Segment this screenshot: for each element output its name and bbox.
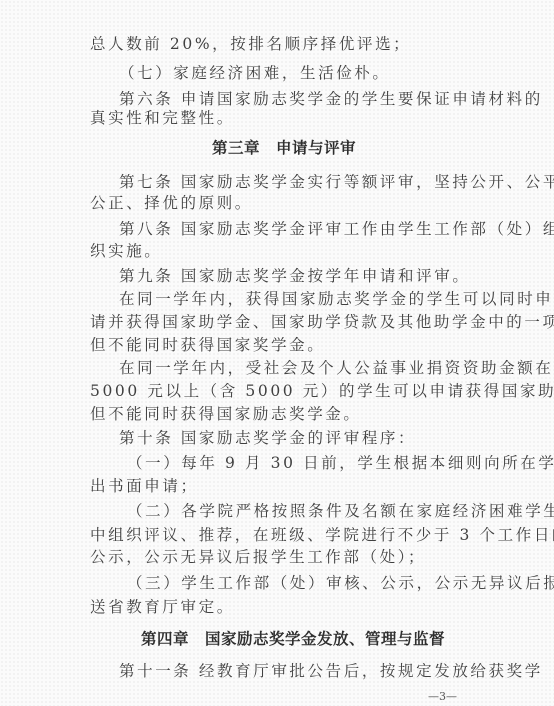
article-7-line: 第七条 国家励志奖学金实行等额评审，坚持公开、公平、 xyxy=(119,172,554,192)
text-line: 但不能同时获得国家励志奖学金。 xyxy=(90,404,362,424)
article-6-line: 第六条 申请国家励志奖学金的学生要保证申请材料的 xyxy=(119,89,543,109)
text-line: 但不能同时获得国家奖学金。 xyxy=(90,335,325,355)
article-10-line: 第十条 国家励志奖学金的评审程序： xyxy=(119,428,416,448)
article-9-line: 第九条 国家励志奖学金按学年申请和评审。 xyxy=(119,266,470,286)
text-line: 在同一学年内，受社会及个人公益事业捐资资助金额在 xyxy=(119,358,553,378)
article-8-line: 第八条 国家励志奖学金评审工作由学生工作部（处）组 xyxy=(119,219,554,239)
text-line: 真实性和完整性。 xyxy=(90,108,235,128)
text-line: （一）每年 9 月 30 日前，学生根据本细则向所在学院提 xyxy=(127,453,554,473)
text-line: 5000 元以上（含 5000 元）的学生可以申请获得国家助学金， xyxy=(90,381,554,401)
text-line: 总人数前 20%，按排名顺序择优评选； xyxy=(90,34,411,54)
article-11-line: 第十一条 经教育厅审批公告后，按规定发放给获奖学 xyxy=(119,661,543,681)
text-line: 出书面申请； xyxy=(90,476,199,496)
chapter-4-heading: 第四章 国家励志奖学金发放、管理与监督 xyxy=(141,629,445,649)
text-line: 送省教育厅审定。 xyxy=(90,597,235,617)
page-number: —3— xyxy=(428,690,457,703)
text-line: 公正、择优的原则。 xyxy=(90,193,253,213)
text-line: （七）家庭经济困难，生活俭朴。 xyxy=(119,63,391,83)
text-line: （三）学生工作部（处）审核、公示，公示无异议后报 xyxy=(127,573,554,593)
text-line: 公示，公示无异议后报学生工作部（处）； xyxy=(90,547,426,567)
text-line: 织实施。 xyxy=(90,241,162,261)
document-page: 总人数前 20%，按排名顺序择优评选； （七）家庭经济困难，生活俭朴。 第六条 … xyxy=(0,0,554,706)
text-line: 中组织评议、推荐，在班级、学院进行不少于 3 个工作日的 xyxy=(90,525,554,545)
text-line: （二）各学院严格按照条件及名额在家庭经济困难学生 xyxy=(127,501,554,521)
chapter-3-heading: 第三章 申请与评审 xyxy=(212,138,356,158)
text-line: 在同一学年内，获得国家励志奖学金的学生可以同时申 xyxy=(119,289,553,309)
text-line: 请并获得国家助学金、国家助学贷款及其他助学金中的一项， xyxy=(90,312,554,332)
